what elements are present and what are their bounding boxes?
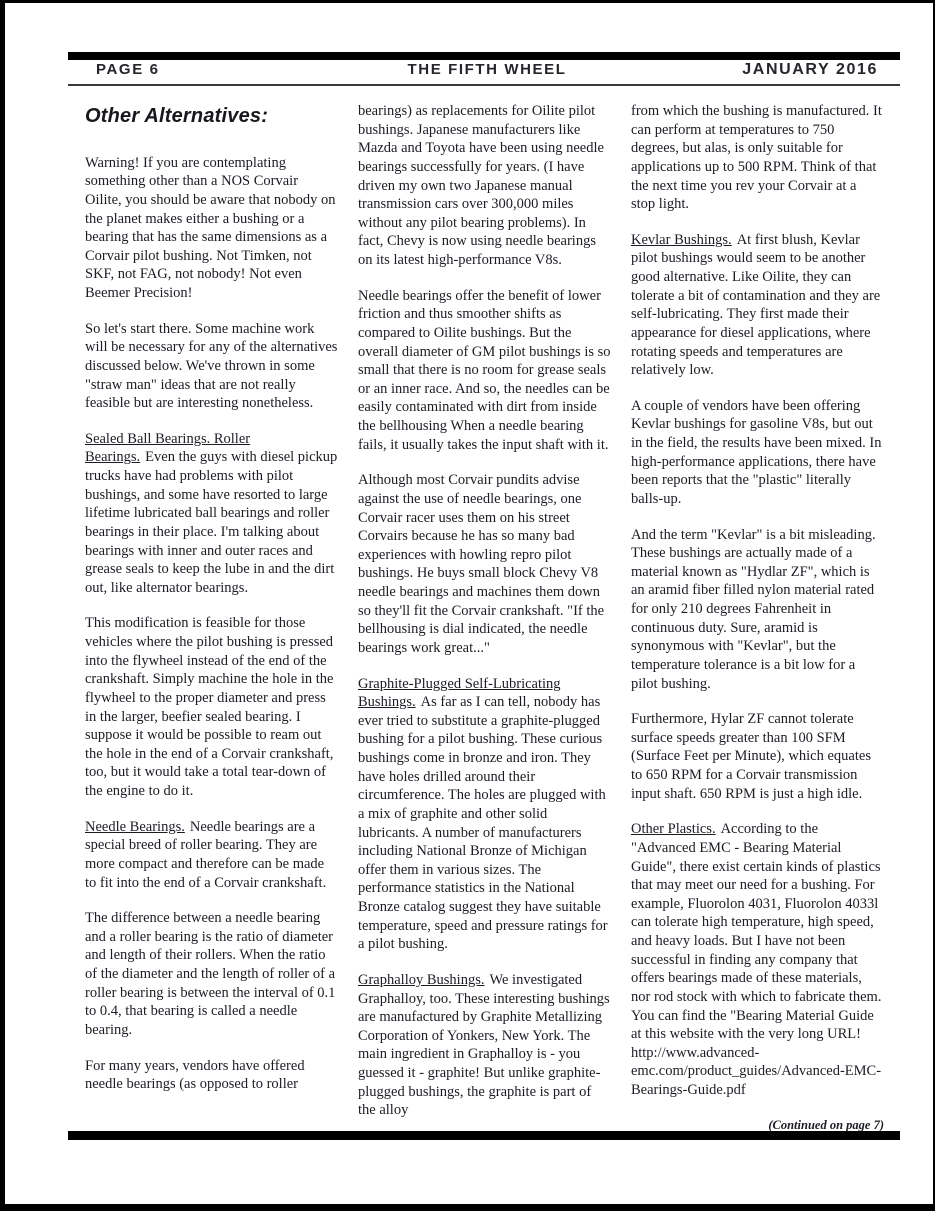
paragraph-text: And the term "Kevlar" is a bit misleadin… <box>631 527 876 692</box>
paragraph-text: Furthermore, Hylar ZF cannot tolerate su… <box>631 711 871 802</box>
paragraph-text: So let's start there. Some machine work … <box>85 321 337 412</box>
article-body: Other Alternatives: Warning! If you are … <box>85 102 885 1150</box>
top-rule-bar <box>68 52 900 60</box>
paragraph-text: Needle bearings offer the benefit of low… <box>358 288 611 453</box>
paragraph-text: We investigated Graphalloy, too. These i… <box>358 972 610 1118</box>
paragraph: Other Plastics.According to the "Advance… <box>631 820 884 1099</box>
heading-needle-bearings: Needle Bearings. <box>85 819 185 835</box>
paragraph: Needle Bearings.Needle bearings are a sp… <box>85 818 338 893</box>
paragraph: So let's start there. Some machine work … <box>85 320 338 413</box>
header-page-number: PAGE 6 <box>68 61 326 78</box>
paragraph: This modification is feasible for those … <box>85 614 338 800</box>
paragraph: The difference between a needle bearing … <box>85 909 338 1039</box>
paragraph-text: This modification is feasible for those … <box>85 615 333 799</box>
paragraph: from which the bushing is manufactured. … <box>631 102 884 214</box>
paragraph: And the term "Kevlar" is a bit misleadin… <box>631 526 884 694</box>
article-title: Other Alternatives: <box>85 104 338 130</box>
header-issue-date: JANUARY 2016 <box>648 61 900 79</box>
paragraph: Furthermore, Hylar ZF cannot tolerate su… <box>631 710 884 803</box>
paragraph-text: Warning! If you are contemplating someth… <box>85 155 335 301</box>
heading-graphalloy-bushings: Graphalloy Bushings. <box>358 972 484 988</box>
paragraph-text: The difference between a needle bearing … <box>85 910 335 1038</box>
paragraph: For many years, vendors have offered nee… <box>85 1057 338 1094</box>
paragraph: Needle bearings offer the benefit of low… <box>358 287 611 455</box>
paragraph: Kevlar Bushings.At first blush, Kevlar p… <box>631 231 884 380</box>
paragraph: A couple of vendors have been offering K… <box>631 397 884 509</box>
bottom-rule-bar <box>68 1131 900 1140</box>
paragraph: Graphite-Plugged Self-Lubricating Bushin… <box>358 675 611 954</box>
page-header: PAGE 6 THE FIFTH WHEEL JANUARY 2016 <box>68 61 900 83</box>
paragraph: Graphalloy Bushings.We investigated Grap… <box>358 971 611 1120</box>
paragraph-text: Even the guys with diesel pickup trucks … <box>85 449 337 595</box>
header-newsletter-title: THE FIFTH WHEEL <box>326 61 648 78</box>
column-2: bearings) as replacements for Oilite pil… <box>358 102 611 1150</box>
column-1: Other Alternatives: Warning! If you are … <box>85 102 338 1150</box>
paragraph-text: As far as I can tell, nobody has ever tr… <box>358 694 608 952</box>
heading-other-plastics: Other Plastics. <box>631 821 716 837</box>
paragraph: Although most Corvair pundits advise aga… <box>358 471 611 657</box>
paragraph-text: For many years, vendors have offered nee… <box>85 1058 305 1093</box>
header-rule <box>68 84 900 86</box>
paragraph: Sealed Ball Bearings. Roller Bearings.Ev… <box>85 430 338 598</box>
paragraph-text: bearings) as replacements for Oilite pil… <box>358 103 604 268</box>
heading-kevlar-bushings: Kevlar Bushings. <box>631 232 732 248</box>
paragraph-text: from which the bushing is manufactured. … <box>631 103 882 212</box>
column-3: from which the bushing is manufactured. … <box>631 102 884 1150</box>
paragraph-text: A couple of vendors have been offering K… <box>631 398 881 507</box>
paragraph-text: Although most Corvair pundits advise aga… <box>358 472 604 656</box>
paragraph: Warning! If you are contemplating someth… <box>85 154 338 303</box>
paragraph-text: According to the "Advanced EMC - Bearing… <box>631 821 881 1098</box>
paragraph-text: At first blush, Kevlar pilot bushings wo… <box>631 232 880 378</box>
paragraph: bearings) as replacements for Oilite pil… <box>358 102 611 270</box>
